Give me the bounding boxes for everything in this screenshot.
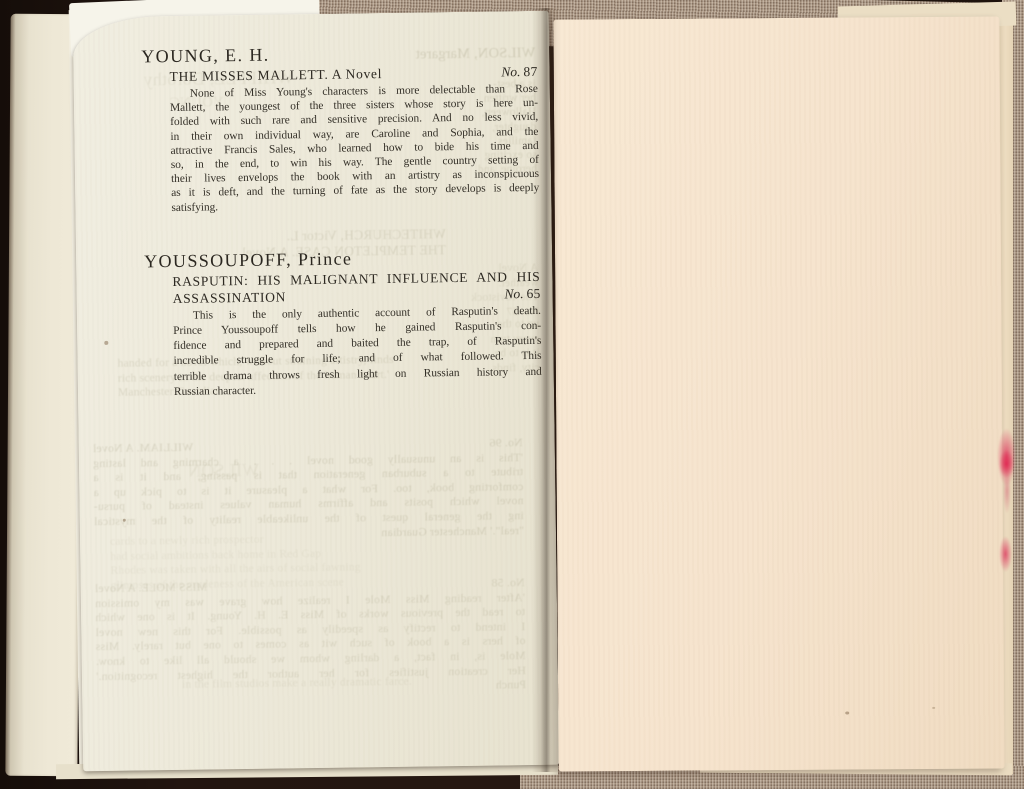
ghost-deep-paragraph: cards to a newly rich prospectorhad soci… <box>110 529 521 593</box>
ghost-line: ing the general quest of the unlikeable … <box>94 508 524 529</box>
gutter-shadow <box>532 8 560 772</box>
paper-speck <box>104 341 108 345</box>
entry-body: None of Miss Young's characters is more … <box>170 82 540 215</box>
ghost-william-block: No. 96WILLIAM. A Novel'This is an unusua… <box>93 435 524 543</box>
ghost-line: of hers is a book of such wit as comes t… <box>95 633 525 654</box>
ghost-missmole-block: No. 58MISS MOLE. A Novel'After reading M… <box>95 575 527 698</box>
ghost-line: 'After reading Miss Mole I realize how g… <box>95 590 525 611</box>
ghost-line: 'This is an unusually good novel . . . a… <box>93 450 523 471</box>
ghost-line: comforting book, too. For what a pleasur… <box>93 479 523 500</box>
entry-title: THE MISSES MALLETT. A Novel <box>169 65 382 85</box>
ghost-title: MISS MOLE. A Novel <box>95 580 208 596</box>
catalog-entry: YOUSSOUPOFF, PrinceRASPUTIN: HIS MALIGNA… <box>144 244 538 401</box>
catalog-entry: YOUNG, E. H.THE MISSES MALLETT. A NovelN… <box>141 39 535 215</box>
right-page-blank <box>553 16 1004 771</box>
ghost-line: Rhodes was taken with all the airs of so… <box>110 558 520 578</box>
entry-body: This is the only authentic account of Ra… <box>173 304 542 400</box>
ghost-line: to read the previous works of Miss E. H.… <box>95 604 525 625</box>
ghost-film-line: in the film studios make a really dramat… <box>182 673 522 692</box>
catalog-entries: YOUNG, E. H.THE MISSES MALLETT. A NovelN… <box>141 39 538 400</box>
left-page-catalog: WILSON, Margaretis a best-her writtenHal… <box>73 11 559 772</box>
paper-speck <box>123 519 126 522</box>
ghost-title: WILLIAM. A Novel <box>93 440 194 456</box>
ghost-line: cards to a newly rich prospector <box>110 529 520 549</box>
ghost-line: I intend to rectify as speedily as possi… <box>95 619 525 640</box>
paper-speck <box>845 712 849 715</box>
ghost-wilson-deep: WILSON <box>79 459 259 484</box>
ghost-line: WILSON <box>79 459 259 484</box>
entry-title: ASSASSINATION <box>173 288 287 307</box>
ghost-line: had social ambitions back home in Red Ga… <box>110 544 520 564</box>
ghost-number: No. 58 <box>491 575 525 590</box>
ghost-line: tribute to a suburban generation that is… <box>93 464 523 485</box>
ghost-line: "real".' Manchester Guardian <box>94 523 524 544</box>
ghost-heading-row: No. 96WILLIAM. A Novel <box>93 435 523 456</box>
ghost-heading-row: No. 58MISS MOLE. A Novel <box>95 575 525 596</box>
paper-speck <box>932 707 935 709</box>
ghost-line: in the film studios make a really dramat… <box>182 673 522 692</box>
red-stain <box>1003 468 1011 514</box>
red-stain <box>999 536 1012 572</box>
ghost-line: novel which posits and affirms human val… <box>93 493 523 514</box>
ghost-line: glimpses of the crudeness of the America… <box>111 573 521 593</box>
book-scan-scene: WILSON, Margaretis a best-her writtenHal… <box>0 0 1024 789</box>
ghost-line: Her creation justifies for her author th… <box>96 663 526 684</box>
ghost-line: Punch <box>96 677 526 698</box>
ghost-line: Mole is, in fact, a darling whom we shou… <box>96 648 526 669</box>
ghost-number: No. 96 <box>489 435 523 450</box>
